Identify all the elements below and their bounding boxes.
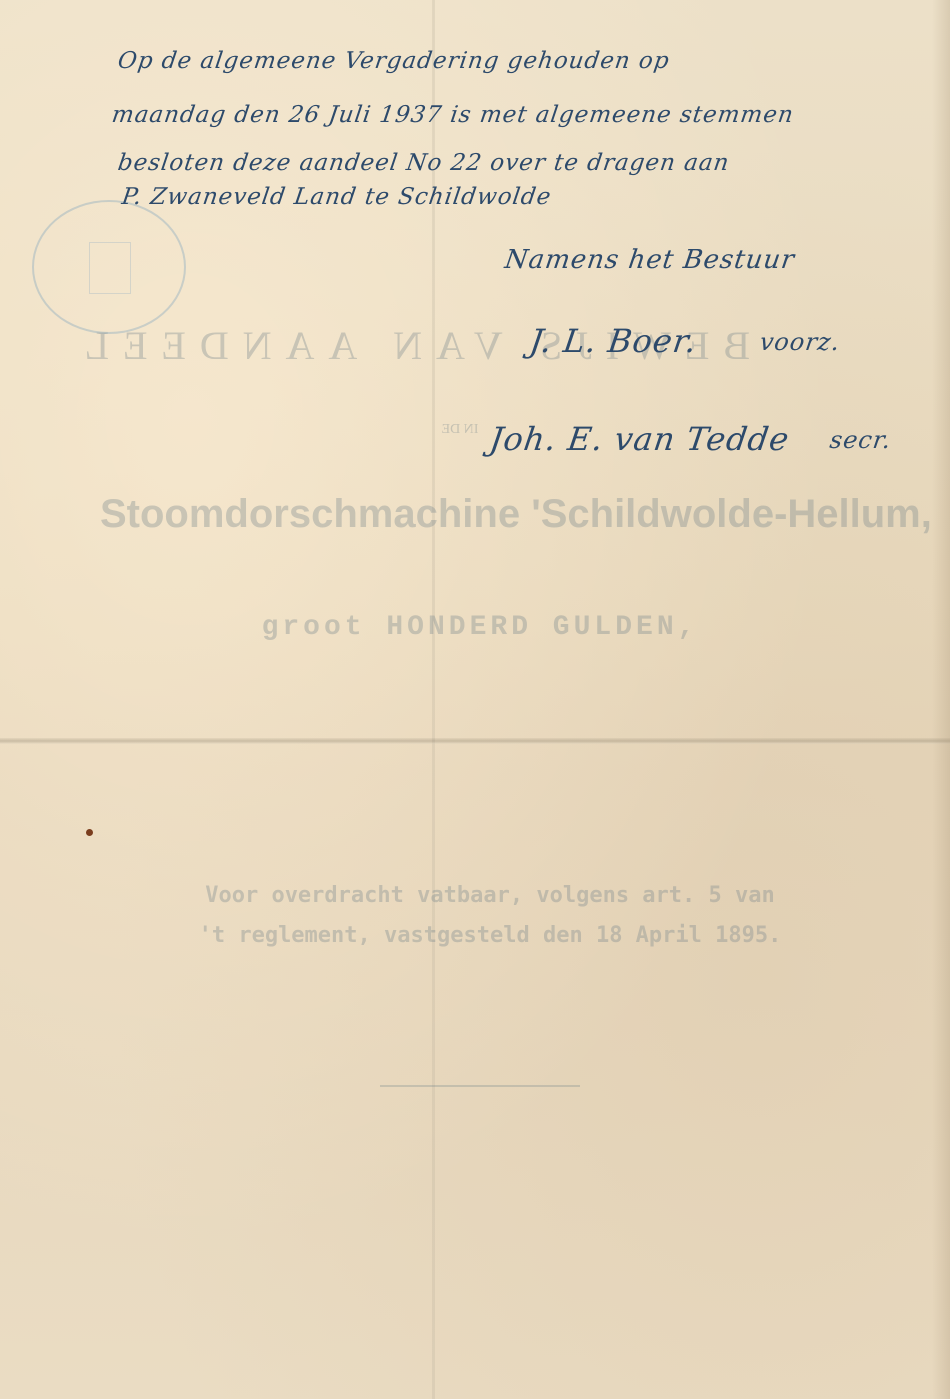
handwritten-line-4: P. Zwaneveld Land te Schildwolde — [120, 184, 553, 210]
handwritten-line-1: Op de algemeene Vergadering gehouden op — [116, 48, 671, 74]
paper-edge — [932, 0, 950, 1399]
oval-stamp — [32, 200, 186, 334]
signature-chairman-role: voorz. — [758, 328, 842, 356]
printed-amount: groot HONDERD GULDEN, — [250, 612, 710, 643]
handwritten-line-2: maandag den 26 Juli 1937 is met algemeen… — [110, 102, 795, 128]
printed-transfer-line-2: 't reglement, vastgesteld den 18 April 1… — [110, 923, 870, 948]
printed-transfer-line-1: Voor overdracht vatbaar, volgens art. 5 … — [90, 883, 890, 908]
stain-spot — [86, 829, 93, 836]
horizontal-fold — [0, 738, 950, 744]
handwritten-closing: Namens het Bestuur — [503, 245, 797, 275]
signature-chairman: J. L. Boer. — [527, 322, 699, 360]
printed-company: Stoomdorschmachine 'Schildwolde-Hellum, — [100, 492, 860, 537]
signature-secretary-role: secr. — [828, 426, 893, 454]
handwritten-line-3: besloten deze aandeel No 22 over te drag… — [116, 150, 731, 176]
document-page: BEWIJS VAN AANDEEL IN DE Stoomdorschmach… — [0, 0, 950, 1399]
stamp-emblem-icon — [89, 242, 131, 294]
signature-secretary: Joh. E. van Tedde — [487, 420, 792, 458]
printed-ornament — [380, 1085, 580, 1087]
